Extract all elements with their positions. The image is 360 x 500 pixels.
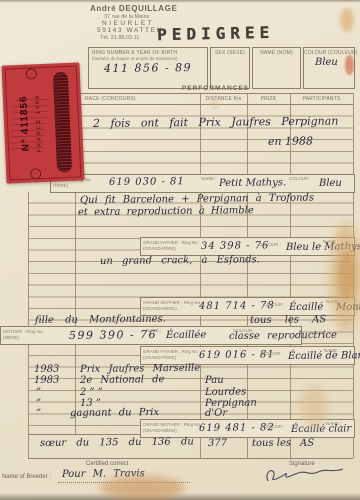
signature-scribble: [262, 463, 347, 487]
breeder-name: André DEQUILLAGE: [90, 4, 177, 13]
ring-number-label-fr: (Numéro de bague et année de naissance): [92, 56, 178, 61]
father-colour-value: Bleu: [319, 178, 342, 189]
result-year: 1983: [34, 375, 60, 386]
result-race: gagnant du Prix: [70, 407, 159, 419]
grand-mother-maternal-colour-value: Écaillé clair: [291, 423, 351, 435]
bottom-edge-shadow: [0, 493, 360, 500]
grand-mother-maternal-box: GRAND MOTHER : Ring No (GRAND-MÈRE) 619 …: [140, 419, 355, 438]
bottom-note-prize: tous les: [252, 438, 291, 449]
result-place: d'Or: [205, 408, 227, 419]
result-year: ”: [36, 408, 41, 419]
mother-ring-value: 599 390 - 76: [69, 328, 157, 342]
ring-number-value: 411 856 - 89: [104, 61, 192, 75]
performance-note-line2: en 1988: [268, 135, 313, 148]
perf-col-participants: PARTICIPANTS: [290, 96, 353, 102]
pedigree-document: André DEQUILLAGE 37 rue de la Mairie NIE…: [0, 0, 360, 500]
result-place: Lourdes: [205, 387, 246, 398]
breeder-name-value: Pour M. Travis: [62, 468, 145, 480]
result-race: 2e National de: [80, 374, 165, 386]
grand-mother-paternal-label: GRAND MOTHER : Ring No: [143, 300, 200, 305]
father-label-fr: (PÈRE): [53, 183, 68, 188]
grand-father-maternal-colour-value: Écaillé de Blanche: [288, 350, 360, 362]
breeder-phone: Tél. 21.88.03.11: [100, 35, 139, 41]
result-race: 2 ” ”: [80, 387, 103, 398]
mother-colour-value: classe reproductrice: [229, 330, 337, 342]
breeder-name-label: Name of Breeder :: [2, 474, 51, 480]
certified-correct-label: Certified correct: [86, 461, 128, 467]
colour-value: Bleu: [315, 57, 338, 68]
grand-mother-paternal-note-right: tous les AS: [250, 314, 326, 326]
father-box: FATHER : Ring No (PÈRE) 619 030 - 81 NAM…: [50, 174, 355, 193]
perf-col-distance: DISTANCE Km: [200, 96, 247, 102]
performance-note-line1: 2 fois ont fait Prix Jaufres Perpignan: [93, 114, 339, 130]
grand-mother-paternal-box: GRAND MOTHER : Ring No (GRAND-MÈRE) 481 …: [140, 297, 355, 316]
father-name-value: Petit Mathys.: [219, 177, 286, 189]
result-place: Pau: [205, 375, 224, 386]
bottom-note-distance: 377: [208, 438, 227, 449]
grand-mother-paternal-colour-value: Écaillé: [289, 302, 323, 313]
grand-father-paternal-label: GRAND FATHER : Ring No: [143, 240, 198, 245]
mother-name-value: Écaillée: [166, 330, 206, 341]
colour-label: COLOUR (COULEUR): [304, 50, 354, 56]
result-row: 1983 2e National de Pau: [0, 375, 360, 387]
grand-mother-paternal-name-value: Montfontaine: [336, 301, 360, 313]
grand-father-paternal-box: GRAND FATHER : Ring No (GRAND-PÈRE) 34 3…: [140, 237, 355, 256]
father-note-line2: et extra reproduction à Hiamble: [78, 205, 254, 218]
grand-mother-maternal-colour-label: COLOUR :: [263, 424, 285, 429]
result-race: Prix Jaufres Marseille: [80, 363, 200, 375]
grand-father-maternal-label: GRAND FATHER : Ring No: [143, 349, 198, 354]
grand-mother-paternal-note-left: fille du Montfontaines.: [35, 314, 166, 326]
performances-title: PERFORMANCES: [78, 85, 353, 92]
pedigree-title: PEDIGREE: [157, 23, 274, 44]
mother-label: MOTHER : Ring No: [3, 329, 43, 334]
grand-mother-maternal-label-fr: (GRAND-MÈRE): [143, 428, 177, 433]
breeder-address-line3: 59143 WATTEN: [97, 27, 163, 34]
grand-father-paternal-colour-value: Bleu le Mathys.: [286, 241, 360, 253]
perf-table-top-rule: [78, 93, 353, 94]
colour-cell: COLOUR (COULEUR): [303, 47, 355, 89]
ring-card: N° 411856 FRANCE 1989: [1, 62, 84, 183]
breeder-address-line2: NIEURLET: [102, 20, 154, 27]
bottom-note-race: sœur du 135 du 136 du: [40, 436, 194, 449]
grand-mother-paternal-colour-label: COLOUR :: [263, 302, 285, 307]
mother-label-fr: (MÈRE): [3, 335, 19, 340]
mother-name-label: NAME :: [146, 328, 162, 333]
grand-father-maternal-label-fr: (GRAND-PÈRE): [143, 355, 176, 360]
result-year: ”: [36, 387, 41, 398]
perf-col-prize: PRIZE: [247, 96, 290, 102]
grand-father-paternal-note: un grand crack, à Esfonds.: [100, 254, 260, 267]
grand-father-maternal-colour-label: COLOUR :: [261, 351, 283, 356]
sex-cell: SEX (SEXE): [210, 47, 250, 89]
bottom-note-participants: AS: [300, 438, 314, 449]
grand-mother-paternal-label-fr: (GRAND-MÈRE): [143, 306, 177, 311]
sex-label: SEX (SEXE): [211, 50, 249, 56]
father-name-label: NAME :: [201, 176, 217, 181]
grand-mother-maternal-label: GRAND MOTHER : Ring No: [143, 422, 200, 427]
father-colour-label: COLOUR :: [289, 176, 311, 181]
result-year: 1983: [34, 364, 60, 375]
grand-father-paternal-colour-label: COLOUR :: [259, 242, 281, 247]
father-ring-value: 619 030 - 81: [109, 176, 185, 188]
mother-box: MOTHER : Ring No (MÈRE) 599 390 - 76 NAM…: [0, 326, 302, 345]
name-label: NAME (NOM): [253, 50, 300, 56]
stain: [340, 8, 354, 32]
perf-col-race: RACE (CONCOURS): [85, 96, 136, 102]
top-edge-shadow: [0, 0, 360, 3]
body-bottom-rule: [28, 458, 353, 459]
grand-father-paternal-label-fr: (GRAND-PÈRE): [143, 246, 176, 251]
name-cell: NAME (NOM): [252, 47, 301, 89]
